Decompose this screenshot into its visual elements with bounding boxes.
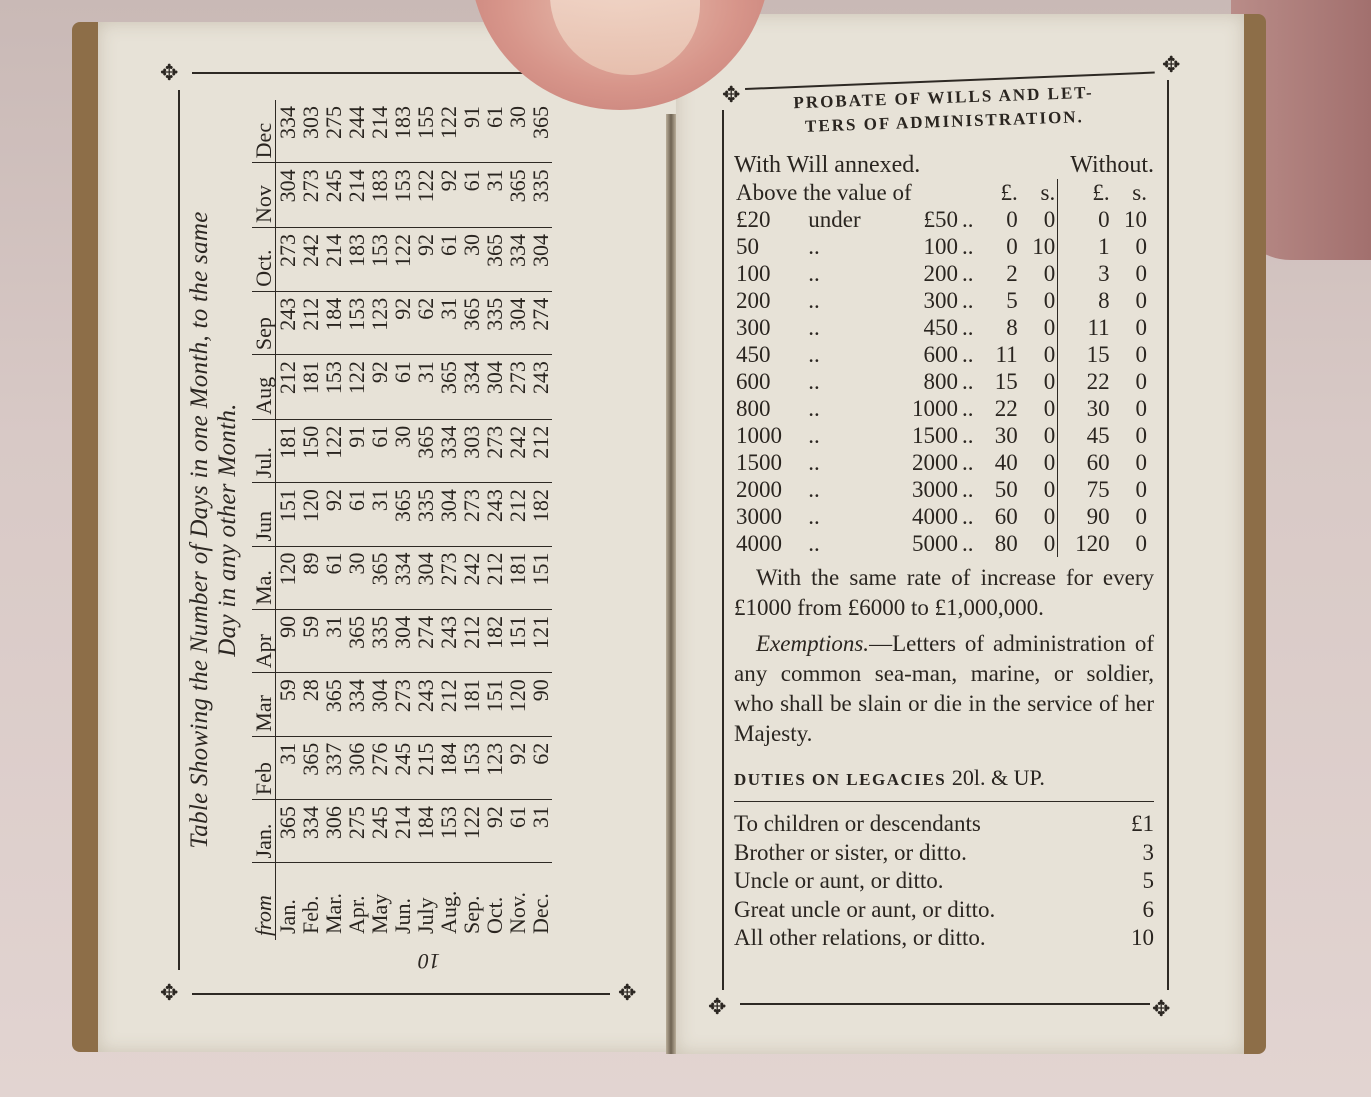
relation-label: Great uncle or aunt, or ditto. <box>734 896 995 925</box>
bottom-rule <box>740 1003 1150 1005</box>
day-count-cell: 243 <box>529 355 552 420</box>
without-s: 0 <box>1112 422 1149 449</box>
title-line-1: Table Showing the Number of Days in one … <box>186 211 213 848</box>
day-count-cell: 334 <box>391 546 414 609</box>
without-s: 0 <box>1112 476 1149 503</box>
leader-dots: .. <box>960 395 982 422</box>
increase-note: With the same rate of increase for every… <box>734 563 1154 623</box>
header-col: Nov <box>252 163 276 228</box>
leader-dots: .. <box>960 530 982 557</box>
day-count-cell: 243 <box>276 291 300 354</box>
range-sep: under <box>806 206 887 233</box>
fee-row: 50..100..01010 <box>734 233 1149 260</box>
fee-row: 4000..5000..8001200 <box>734 530 1149 557</box>
to: 2000 <box>888 449 960 476</box>
day-count-cell: 276 <box>368 736 391 799</box>
legacy-row: All other relations, or ditto.10 <box>734 924 1154 953</box>
fee-rows: 50..100..01010100..200..2030200..300..50… <box>734 233 1149 557</box>
row-month-label: Nov. <box>506 863 529 940</box>
table-row: Jan.365315990120151181212243273304334 <box>276 100 300 940</box>
exemptions-label: Exemptions. <box>756 631 869 656</box>
with-l: 5 <box>982 287 1019 314</box>
range-to: £50 <box>888 206 960 233</box>
day-count-cell: 155 <box>414 100 437 163</box>
legacies-heading-amount: 20l. & UP. <box>952 765 1045 790</box>
day-count-cell: 365 <box>460 291 483 354</box>
day-count-cell: 303 <box>299 100 322 163</box>
header-col: Ma. <box>252 546 276 609</box>
day-count-cell: 212 <box>506 483 529 546</box>
with-s: 0 <box>1020 395 1058 422</box>
day-count-cell: 242 <box>506 419 529 482</box>
with-l: 15 <box>982 368 1019 395</box>
leader-dots: .. <box>806 449 887 476</box>
without-s: 0 <box>1112 314 1149 341</box>
without-l: 1 <box>1058 233 1112 260</box>
day-count-cell: 365 <box>368 546 391 609</box>
day-count-cell: 365 <box>299 736 322 799</box>
leader-dots: .. <box>960 449 982 476</box>
day-count-cell: 365 <box>322 673 345 736</box>
table-header-row: from Jan. Feb Mar Apr Ma. Jun Jul. Aug S… <box>252 100 276 940</box>
without-l: 22 <box>1058 368 1112 395</box>
to: 800 <box>888 368 960 395</box>
without-s: 0 <box>1112 260 1149 287</box>
quatrefoil-ornament-icon: ✥ <box>618 982 636 1004</box>
header-col: Jan. <box>252 800 276 863</box>
day-count-cell: 212 <box>460 609 483 672</box>
without-l: 3 <box>1058 260 1112 287</box>
day-count-cell: 212 <box>437 673 460 736</box>
day-count-cell: 243 <box>414 673 437 736</box>
day-count-cell: 31 <box>483 163 506 228</box>
without-l: 15 <box>1058 341 1112 368</box>
day-count-cell: 122 <box>322 419 345 482</box>
day-count-cell: 273 <box>299 163 322 228</box>
header-col: Sep <box>252 291 276 354</box>
to: 300 <box>888 287 960 314</box>
day-count-cell: 365 <box>391 483 414 546</box>
day-count-cell: 274 <box>414 609 437 672</box>
table-row: Nov.619212015118121224227330433436530 <box>506 100 529 940</box>
day-count-cell: 123 <box>483 736 506 799</box>
fee-row: 1500..2000..400600 <box>734 449 1149 476</box>
to: 3000 <box>888 476 960 503</box>
leader-dots: .. <box>806 287 887 314</box>
from: 50 <box>734 233 806 260</box>
with-l: 0 <box>982 233 1019 260</box>
legacy-row: To children or descendants£1 <box>734 810 1154 839</box>
day-count-cell: 31 <box>414 355 437 420</box>
day-count-cell: 92 <box>322 483 345 546</box>
with-l: 50 <box>982 476 1019 503</box>
day-count-cell: 31 <box>368 483 391 546</box>
day-count-cell: 304 <box>506 291 529 354</box>
day-count-cell: 273 <box>506 355 529 420</box>
without-l: 30 <box>1058 395 1112 422</box>
day-count-cell: 89 <box>299 546 322 609</box>
day-count-cell: 242 <box>299 227 322 291</box>
with-will-heading: With Will annexed. <box>734 152 920 178</box>
row-month-label: Jan. <box>276 863 300 940</box>
with-s: 0 <box>1020 368 1058 395</box>
day-count-cell: 334 <box>460 355 483 420</box>
days-table-region: Table Showing the Number of Days in one … <box>180 90 610 970</box>
day-count-cell: 365 <box>414 419 437 482</box>
from: 1500 <box>734 449 806 476</box>
leader-dots: .. <box>806 422 887 449</box>
day-count-cell: 182 <box>529 483 552 546</box>
without-s: 0 <box>1112 233 1149 260</box>
without-l: 11 <box>1058 314 1112 341</box>
day-count-cell: 275 <box>322 100 345 163</box>
with-pounds: 0 <box>982 206 1019 233</box>
day-count-cell: 184 <box>414 800 437 863</box>
header-from: from <box>252 863 276 940</box>
day-count-cell: 59 <box>276 673 300 736</box>
leader-dots: .. <box>960 260 982 287</box>
value-label: Above the value of <box>734 179 982 206</box>
day-count-cell: 181 <box>506 546 529 609</box>
day-count-cell: 183 <box>368 163 391 228</box>
duty-rate: 10 <box>1131 924 1154 953</box>
day-count-cell: 153 <box>437 800 460 863</box>
leader-dots: .. <box>960 476 982 503</box>
quatrefoil-ornament-icon: ✥ <box>160 62 178 84</box>
day-count-cell: 304 <box>414 546 437 609</box>
relation-label: To children or descendants <box>734 810 981 839</box>
header-col: Mar <box>252 673 276 736</box>
with-l: 40 <box>982 449 1019 476</box>
with-l: 80 <box>982 530 1019 557</box>
with-s: 0 <box>1020 449 1058 476</box>
day-count-cell: 365 <box>506 163 529 228</box>
day-count-cell: 183 <box>391 100 414 163</box>
legacy-row: Brother or sister, or ditto.3 <box>734 839 1154 868</box>
relation-label: All other relations, or ditto. <box>734 924 986 953</box>
day-count-cell: 90 <box>276 609 300 672</box>
quatrefoil-ornament-icon: ✥ <box>1152 998 1170 1020</box>
day-count-cell: 243 <box>483 483 506 546</box>
without-s: 0 <box>1112 395 1149 422</box>
day-count-cell: 62 <box>529 736 552 799</box>
row-month-label: Mar. <box>322 863 345 940</box>
legacy-row: Uncle or aunt, or ditto.5 <box>734 867 1154 896</box>
from: 4000 <box>734 530 806 557</box>
day-count-cell: 123 <box>368 291 391 354</box>
fee-row: 3000..4000..600900 <box>734 503 1149 530</box>
day-count-cell: 335 <box>483 291 506 354</box>
day-count-cell: 31 <box>529 800 552 863</box>
fee-row: 100..200..2030 <box>734 260 1149 287</box>
day-count-cell: 61 <box>345 483 368 546</box>
day-count-cell: 304 <box>529 227 552 291</box>
probate-fee-table: Above the value of £. s. £. s. £20 under… <box>734 179 1149 557</box>
fee-row: £20 under £50 .. 0 0 0 10 <box>734 206 1149 233</box>
day-count-cell: 365 <box>276 800 300 863</box>
day-count-cell: 334 <box>345 673 368 736</box>
fee-row: 1000..1500..300450 <box>734 422 1149 449</box>
leader-dots: .. <box>806 368 887 395</box>
day-count-cell: 153 <box>322 355 345 420</box>
day-count-cell: 242 <box>460 546 483 609</box>
day-count-cell: 335 <box>368 609 391 672</box>
day-count-cell: 31 <box>322 609 345 672</box>
legacies-heading: DUTIES ON LEGACIES 20l. & UP. <box>734 765 1154 802</box>
table-row: Oct.921231511822122432733043353653161 <box>483 100 506 940</box>
with-shillings: 0 <box>1020 206 1058 233</box>
day-count-cell: 335 <box>529 163 552 228</box>
duty-rate: 6 <box>1143 896 1155 925</box>
day-count-cell: 181 <box>460 673 483 736</box>
duty-rate: 3 <box>1143 839 1155 868</box>
day-count-cell: 90 <box>529 673 552 736</box>
day-count-cell: 151 <box>529 546 552 609</box>
day-count-cell: 61 <box>506 800 529 863</box>
header-col: Feb <box>252 736 276 799</box>
day-count-cell: 28 <box>299 673 322 736</box>
leader-dots: .. <box>960 368 982 395</box>
without-l: 90 <box>1058 503 1112 530</box>
day-count-cell: 61 <box>483 100 506 163</box>
day-count-cell: 31 <box>437 291 460 354</box>
day-count-cell: 273 <box>483 419 506 482</box>
fee-row: 600..800..150220 <box>734 368 1149 395</box>
day-count-cell: 153 <box>368 227 391 291</box>
day-count-cell: 92 <box>437 163 460 228</box>
to: 600 <box>888 341 960 368</box>
title-line-2: Day in any other Month. <box>214 100 242 960</box>
with-s: 10 <box>1020 233 1058 260</box>
from: 600 <box>734 368 806 395</box>
days-between-months-table: from Jan. Feb Mar Apr Ma. Jun Jul. Aug S… <box>252 100 552 940</box>
book-gutter <box>666 114 676 1054</box>
table-row: May245276304335365316192123153183214 <box>368 100 391 940</box>
day-count-cell: 91 <box>460 100 483 163</box>
to: 450 <box>888 314 960 341</box>
quatrefoil-ornament-icon: ✥ <box>722 84 740 106</box>
probate-section: PROBATE OF WILLS AND LET- TERS OF ADMINI… <box>734 86 1154 953</box>
relation-label: Brother or sister, or ditto. <box>734 839 967 868</box>
day-count-cell: 31 <box>276 736 300 799</box>
day-count-cell: 150 <box>299 419 322 482</box>
without-s: 0 <box>1112 368 1149 395</box>
duty-rate: £1 <box>1131 810 1154 839</box>
legacy-duties-list: To children or descendants£1Brother or s… <box>734 810 1154 953</box>
day-count-cell: 120 <box>276 546 300 609</box>
day-count-cell: 181 <box>276 419 300 482</box>
day-count-cell: 245 <box>391 736 414 799</box>
fee-row: 450..600..110150 <box>734 341 1149 368</box>
with-s: 0 <box>1020 287 1058 314</box>
leader-dots: .. <box>960 233 982 260</box>
day-count-cell: 335 <box>414 483 437 546</box>
day-count-cell: 334 <box>276 100 300 163</box>
day-count-cell: 365 <box>437 355 460 420</box>
from: 2000 <box>734 476 806 503</box>
without-s: 0 <box>1112 341 1149 368</box>
quatrefoil-ornament-icon: ✥ <box>1162 54 1180 76</box>
from: 3000 <box>734 503 806 530</box>
day-count-cell: 30 <box>460 227 483 291</box>
with-s: 0 <box>1020 260 1058 287</box>
day-count-cell: 334 <box>506 227 529 291</box>
header-col: Jul. <box>252 419 276 482</box>
day-count-cell: 212 <box>483 546 506 609</box>
row-month-label: Oct. <box>483 863 506 940</box>
day-count-cell: 365 <box>483 227 506 291</box>
day-count-cell: 304 <box>483 355 506 420</box>
with-s: 0 <box>1020 422 1058 449</box>
with-s: 0 <box>1020 530 1058 557</box>
header-col: Oct. <box>252 227 276 291</box>
day-count-cell: 273 <box>391 673 414 736</box>
leader-dots: .. <box>960 314 982 341</box>
without-shillings: 10 <box>1112 206 1149 233</box>
day-count-cell: 212 <box>529 419 552 482</box>
quatrefoil-ornament-icon: ✥ <box>160 982 178 1004</box>
without-heading: Without. <box>1070 152 1154 179</box>
day-count-cell: 274 <box>529 291 552 354</box>
leader-dots: .. <box>806 530 887 557</box>
day-count-cell: 61 <box>368 419 391 482</box>
without-s: 0 <box>1112 503 1149 530</box>
day-count-cell: 183 <box>345 227 368 291</box>
day-count-cell: 92 <box>506 736 529 799</box>
leader-dots: .. <box>960 503 982 530</box>
to: 200 <box>888 260 960 287</box>
day-count-cell: 61 <box>391 355 414 420</box>
day-count-cell: 214 <box>322 227 345 291</box>
day-count-cell: 61 <box>460 163 483 228</box>
table-row: Feb.334365285989120150181212242273303 <box>299 100 322 940</box>
header-col: Dec <box>252 100 276 163</box>
day-count-cell: 212 <box>276 355 300 420</box>
table-row: July184215243274304335365316292122155 <box>414 100 437 940</box>
relation-label: Uncle or aunt, or ditto. <box>734 867 944 896</box>
unit-pounds: £. <box>1058 179 1112 206</box>
fee-row: 300..450..80110 <box>734 314 1149 341</box>
leader-dots: .. <box>806 395 887 422</box>
day-count-cell: 153 <box>345 291 368 354</box>
day-count-cell: 122 <box>460 800 483 863</box>
day-count-cell: 92 <box>368 355 391 420</box>
row-month-label: Feb. <box>299 863 322 940</box>
day-count-cell: 304 <box>368 673 391 736</box>
day-count-cell: 304 <box>437 483 460 546</box>
day-count-cell: 92 <box>483 800 506 863</box>
day-count-cell: 184 <box>437 736 460 799</box>
with-s: 0 <box>1020 503 1058 530</box>
day-count-cell: 214 <box>345 163 368 228</box>
leader-dots: .. <box>806 260 887 287</box>
day-count-cell: 91 <box>345 419 368 482</box>
without-s: 0 <box>1112 287 1149 314</box>
column-headings: With Will annexed. Without. <box>734 152 1154 179</box>
day-count-cell: 245 <box>322 163 345 228</box>
day-count-cell: 153 <box>391 163 414 228</box>
fee-row: 2000..3000..500750 <box>734 476 1149 503</box>
day-count-cell: 243 <box>437 609 460 672</box>
header-col: Apr <box>252 609 276 672</box>
day-count-cell: 92 <box>391 291 414 354</box>
without-l: 60 <box>1058 449 1112 476</box>
with-l: 22 <box>982 395 1019 422</box>
table-row: Jun.214245273304334365306192122153183 <box>391 100 414 940</box>
right-rule <box>1167 80 1169 990</box>
leader-dots: .. <box>960 206 982 233</box>
to: 100 <box>888 233 960 260</box>
day-count-cell: 306 <box>322 800 345 863</box>
with-s: 0 <box>1020 314 1058 341</box>
from: 200 <box>734 287 806 314</box>
leader-dots: .. <box>960 341 982 368</box>
with-l: 11 <box>982 341 1019 368</box>
day-count-cell: 92 <box>414 227 437 291</box>
table-row: Dec.316290121151182212243274304335365 <box>529 100 552 940</box>
table-row: Mar.306337365316192122153184214245275 <box>322 100 345 940</box>
from: 100 <box>734 260 806 287</box>
probate-title: PROBATE OF WILLS AND LET- TERS OF ADMINI… <box>733 79 1154 142</box>
to: 4000 <box>888 503 960 530</box>
day-count-cell: 62 <box>414 291 437 354</box>
day-count-cell: 153 <box>460 736 483 799</box>
without-l: 75 <box>1058 476 1112 503</box>
day-count-cell: 304 <box>276 163 300 228</box>
bottom-rule <box>192 993 610 995</box>
day-count-cell: 212 <box>299 291 322 354</box>
day-count-cell: 181 <box>299 355 322 420</box>
without-pounds: 0 <box>1058 206 1112 233</box>
from: 800 <box>734 395 806 422</box>
table-title: Table Showing the Number of Days in one … <box>180 90 242 970</box>
legacy-row: Great uncle or aunt, or ditto.6 <box>734 896 1154 925</box>
with-l: 30 <box>982 422 1019 449</box>
row-month-label: Apr. <box>345 863 368 940</box>
row-month-label: May <box>368 863 391 940</box>
range-from: £20 <box>734 206 806 233</box>
day-count-cell: 273 <box>460 483 483 546</box>
duty-rate: 5 <box>1143 867 1155 896</box>
day-count-cell: 214 <box>391 800 414 863</box>
day-count-cell: 214 <box>368 100 391 163</box>
from: 1000 <box>734 422 806 449</box>
day-count-cell: 151 <box>483 673 506 736</box>
day-count-cell: 273 <box>437 546 460 609</box>
fee-row: 800..1000..220300 <box>734 395 1149 422</box>
leader-dots: .. <box>806 476 887 503</box>
table-body: Jan.365315990120151181212243273304334Feb… <box>276 100 553 940</box>
with-l: 8 <box>982 314 1019 341</box>
day-count-cell: 151 <box>506 609 529 672</box>
day-count-cell: 306 <box>345 736 368 799</box>
day-count-cell: 120 <box>299 483 322 546</box>
without-s: 0 <box>1112 449 1149 476</box>
exemptions-paragraph: Exemptions.—Letters of administration of… <box>734 629 1154 749</box>
day-count-cell: 122 <box>414 163 437 228</box>
leader-dots: .. <box>806 503 887 530</box>
left-rule <box>722 110 724 990</box>
day-count-cell: 30 <box>391 419 414 482</box>
units-row: Above the value of £. s. £. s. <box>734 179 1149 206</box>
from: 450 <box>734 341 806 368</box>
day-count-cell: 122 <box>345 355 368 420</box>
day-count-cell: 365 <box>529 100 552 163</box>
without-l: 45 <box>1058 422 1112 449</box>
day-count-cell: 215 <box>414 736 437 799</box>
day-count-cell: 59 <box>299 609 322 672</box>
row-month-label: Sep. <box>460 863 483 940</box>
